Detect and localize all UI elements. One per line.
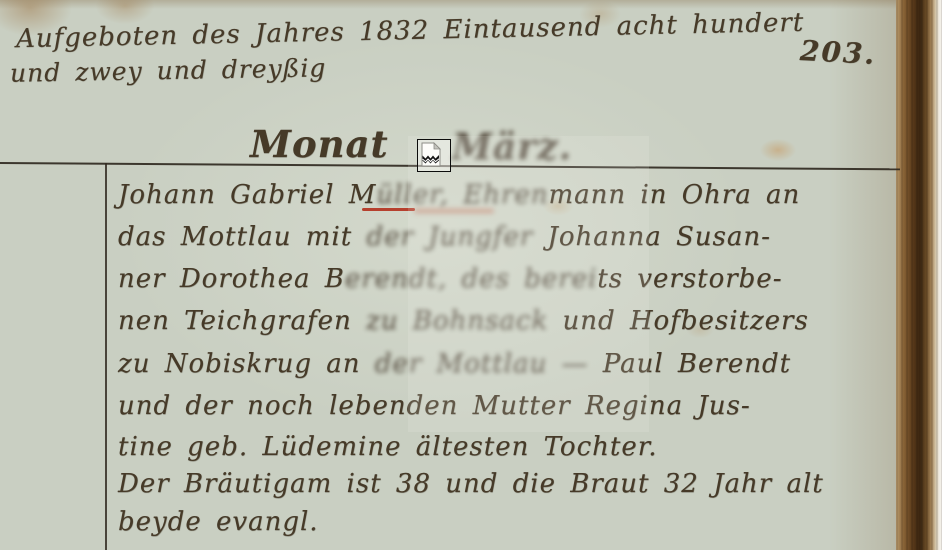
record-line-8: Der Bräutigam ist 38 und die Braut 32 Ja… <box>118 469 824 499</box>
record-line-2-post: Johanna Susan- <box>547 222 771 252</box>
record-line-2-blurred: der Jungfer <box>366 222 547 252</box>
month-heading-name: März. <box>452 126 572 168</box>
record-line-3: ner Dorothea Berendt, des bereits versto… <box>118 264 782 294</box>
record-line-5-post: Paul Berendt <box>603 349 791 379</box>
record-line-6: und der noch lebenden Mutter Regina Jus- <box>118 391 751 421</box>
record-line-3-post: ts verstorbe- <box>597 264 782 294</box>
page-number: 203. <box>799 34 877 71</box>
month-heading-label: Monat <box>250 122 389 166</box>
book-binding-edge <box>896 0 942 550</box>
record-line-5: zu Nobiskrug an der Mottlau — Paul Beren… <box>118 349 791 379</box>
red-underline-mark <box>362 208 415 211</box>
record-line-1-blurred: üller, Ehren <box>376 180 548 210</box>
record-line-1: Johann Gabriel Müller, Ehrenmann in Ohra… <box>118 180 800 210</box>
record-line-4-pre: nen Teichgrafen <box>118 306 366 336</box>
record-line-8-pre: Der Bräutigam ist 38 und die Braut 32 Ja… <box>118 469 824 499</box>
manuscript-scan-page: Aufgeboten des Jahres 1832 Eintausend ac… <box>0 0 942 550</box>
record-line-4: nen Teichgrafen zu Bohnsack und Hofbesit… <box>118 306 809 336</box>
record-line-3-pre: ner Dorothea B <box>118 264 345 294</box>
record-line-4-post: und Hofbesitzers <box>562 306 808 336</box>
record-line-5-blurred: der Mottlau — <box>375 349 603 379</box>
record-line-6-pre: und der noch lebenden Mutter Regina Jus- <box>118 391 751 421</box>
red-underline-mark-blurred <box>414 209 494 213</box>
record-line-1-post: mann in Ohra an <box>548 180 800 210</box>
record-line-9-pre: beyde evangl. <box>118 507 319 537</box>
record-line-4-blurred: zu Bohnsack <box>366 306 562 336</box>
record-line-1-pre: Johann Gabriel M <box>118 180 376 210</box>
record-line-9: beyde evangl. <box>118 507 319 537</box>
broken-image-glyph <box>421 142 441 167</box>
record-line-7: tine geb. Lüdemine ältesten Tochter. <box>118 432 658 462</box>
table-rule-vertical <box>105 163 107 550</box>
record-line-5-pre: zu Nobiskrug an <box>118 349 375 379</box>
broken-image-icon <box>417 139 451 172</box>
record-line-3-blurred: erendt, des berei <box>345 264 597 294</box>
header-year-line2: und zwey und dreyßig <box>10 53 327 88</box>
record-line-7-pre: tine geb. Lüdemine ältesten Tochter. <box>118 432 658 462</box>
record-line-2: das Mottlau mit der Jungfer Johanna Susa… <box>118 222 771 252</box>
record-line-2-pre: das Mottlau mit <box>118 222 366 252</box>
